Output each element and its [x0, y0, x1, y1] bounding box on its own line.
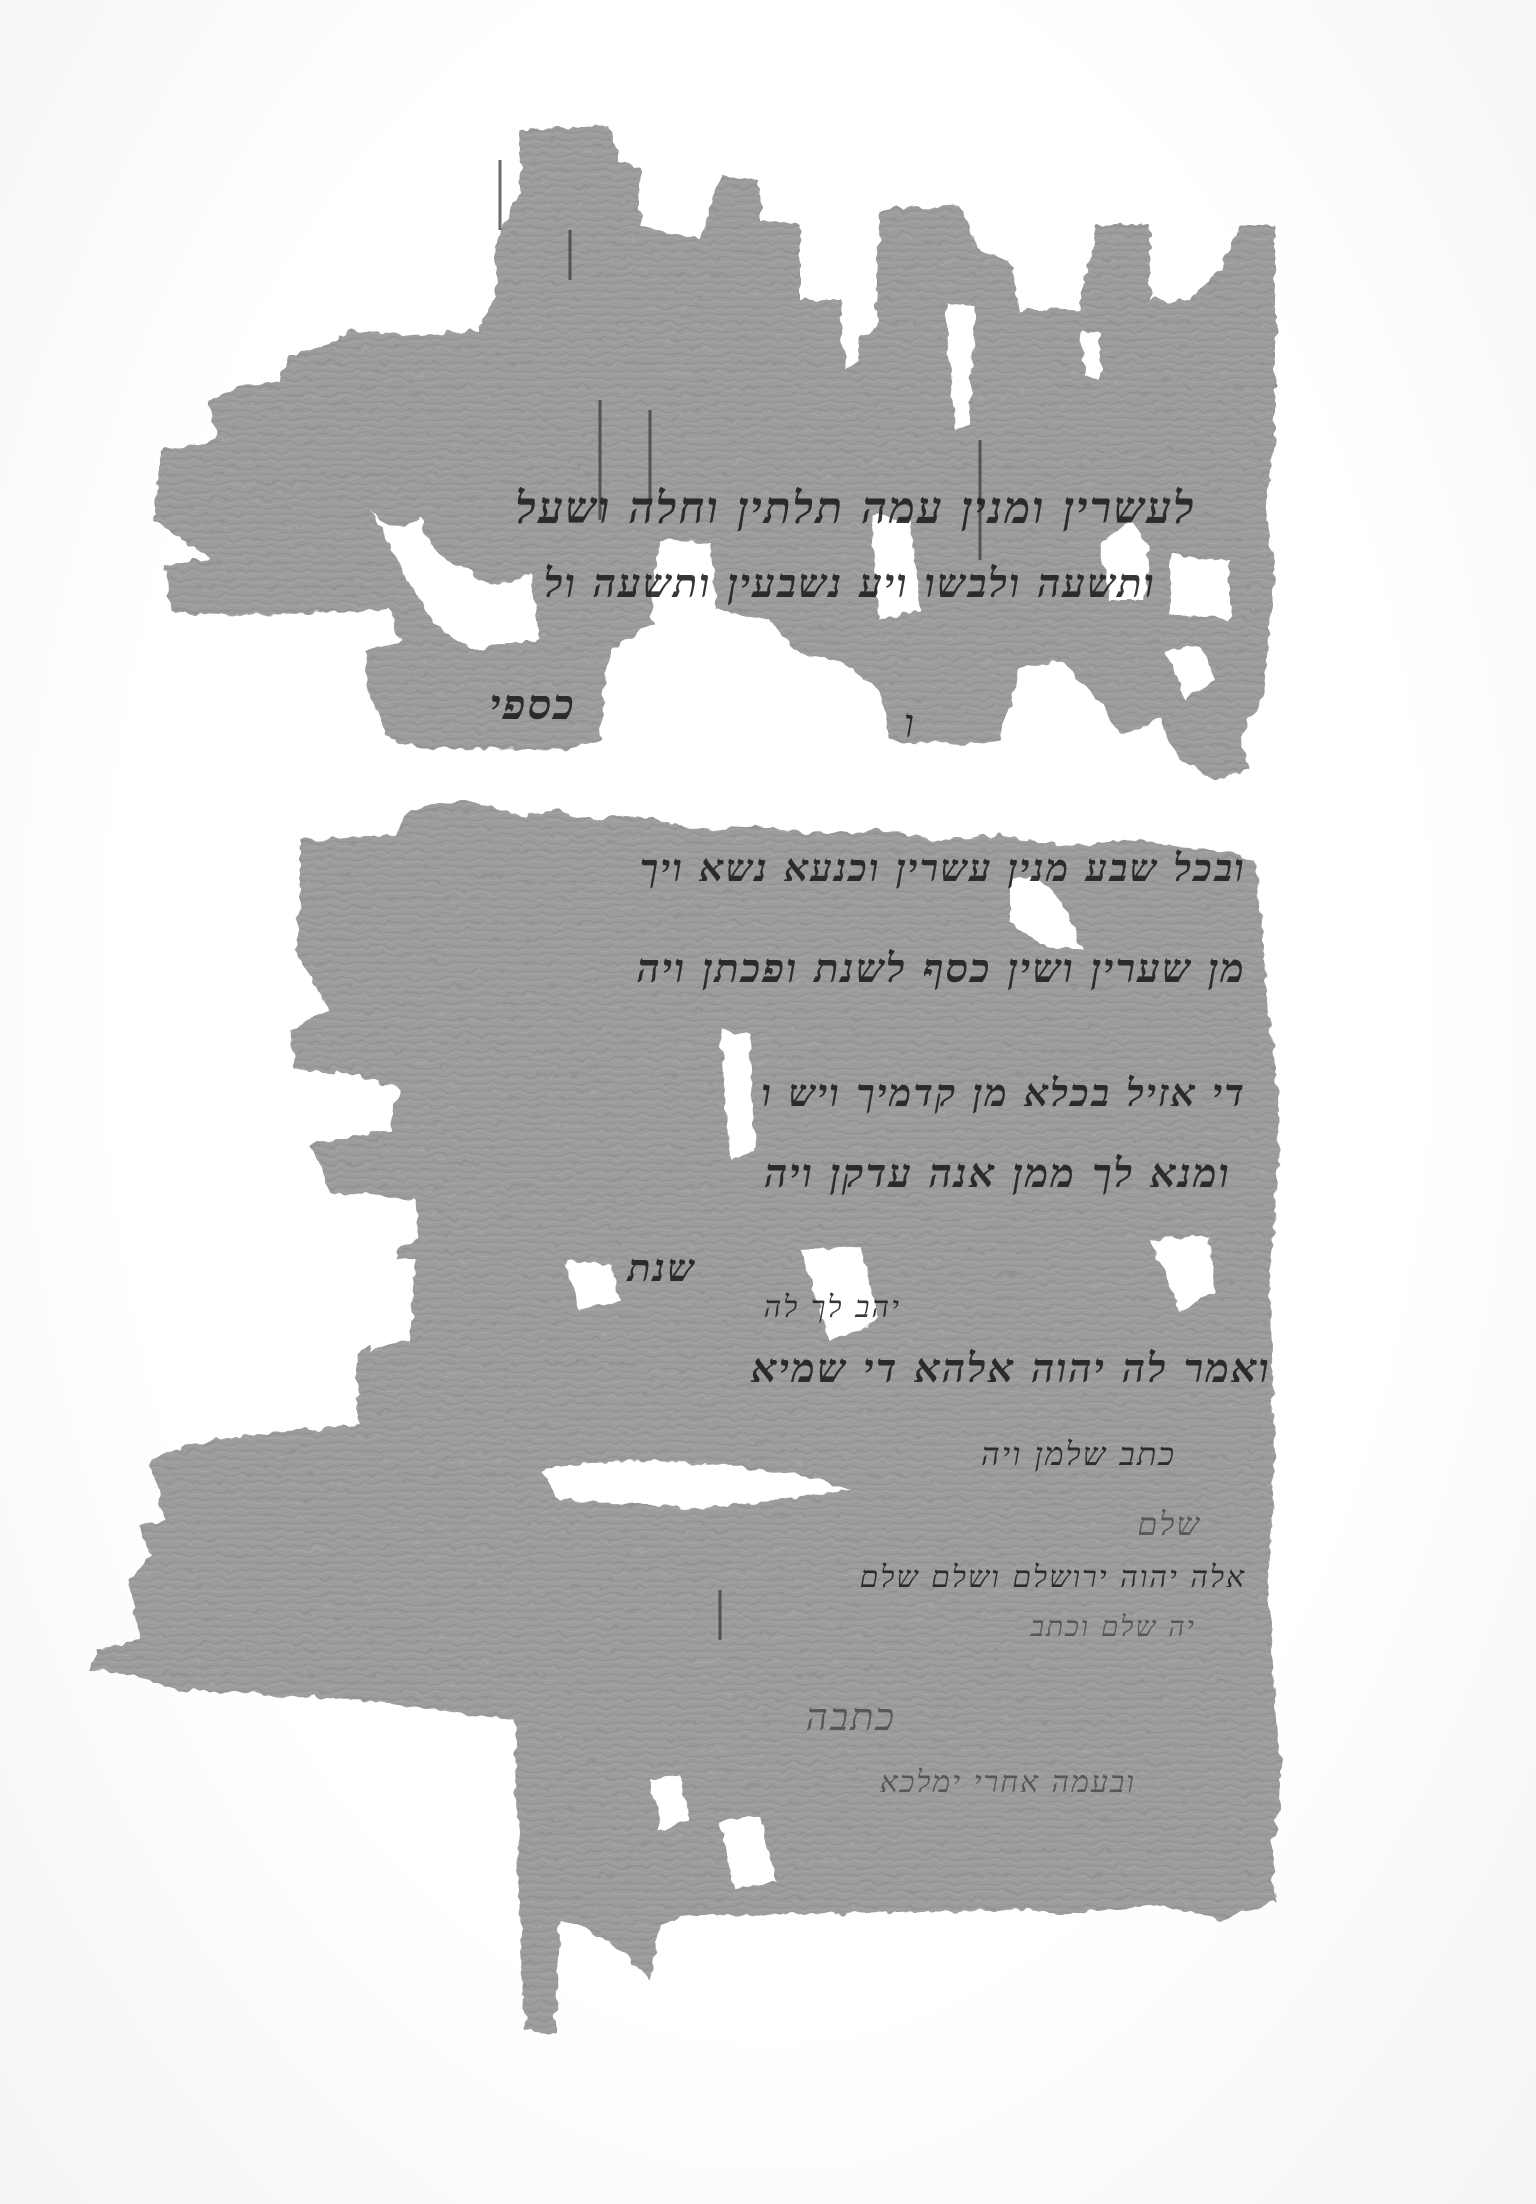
lower-line-13: ובעמה אחרי ימלכא [880, 1765, 1136, 1800]
upper-line-4: ו [904, 700, 916, 747]
upper-line-3: כספי [490, 680, 576, 730]
upper-fragment [155, 125, 1275, 780]
lower-line-5: שנת [628, 1245, 696, 1291]
lower-line-2: מן שערין ושין כסף לשנת ופכתן ויה [637, 945, 1246, 992]
lower-line-11: יה שלם וכתב [1031, 1610, 1196, 1644]
lower-line-6: יהב לך לה [764, 1290, 901, 1325]
lower-line-4: ומנא לך ממן אנה עדקן ויה [764, 1150, 1231, 1197]
upper-line-2: ותשעה ולבשו ויע נשבעין ותשעה ול [544, 560, 1156, 607]
papyrus-photograph: לעשרין ומנין עמה תלתין וחלה ושעל ותשעה ו… [0, 0, 1536, 2204]
lower-line-7: ואמר לה יהוה אלהא די שמיא [751, 1345, 1271, 1392]
lower-line-10: אלה יהוה ירושלם ושלם שלם [860, 1560, 1246, 1595]
lower-line-12: כתבה [806, 1695, 896, 1740]
lower-line-3: די אזיל בכלא מן קדמיך ויש ו [761, 1070, 1246, 1116]
lower-line-1: ובכל שבע מנין עשרין וכנעא נשא ויך [640, 845, 1246, 891]
upper-line-1: לעשרין ומנין עמה תלתין וחלה ושעל [516, 483, 1196, 534]
lower-line-8: כתב שלמן ויה [981, 1435, 1176, 1473]
lower-line-9: שלם [1137, 1505, 1201, 1543]
